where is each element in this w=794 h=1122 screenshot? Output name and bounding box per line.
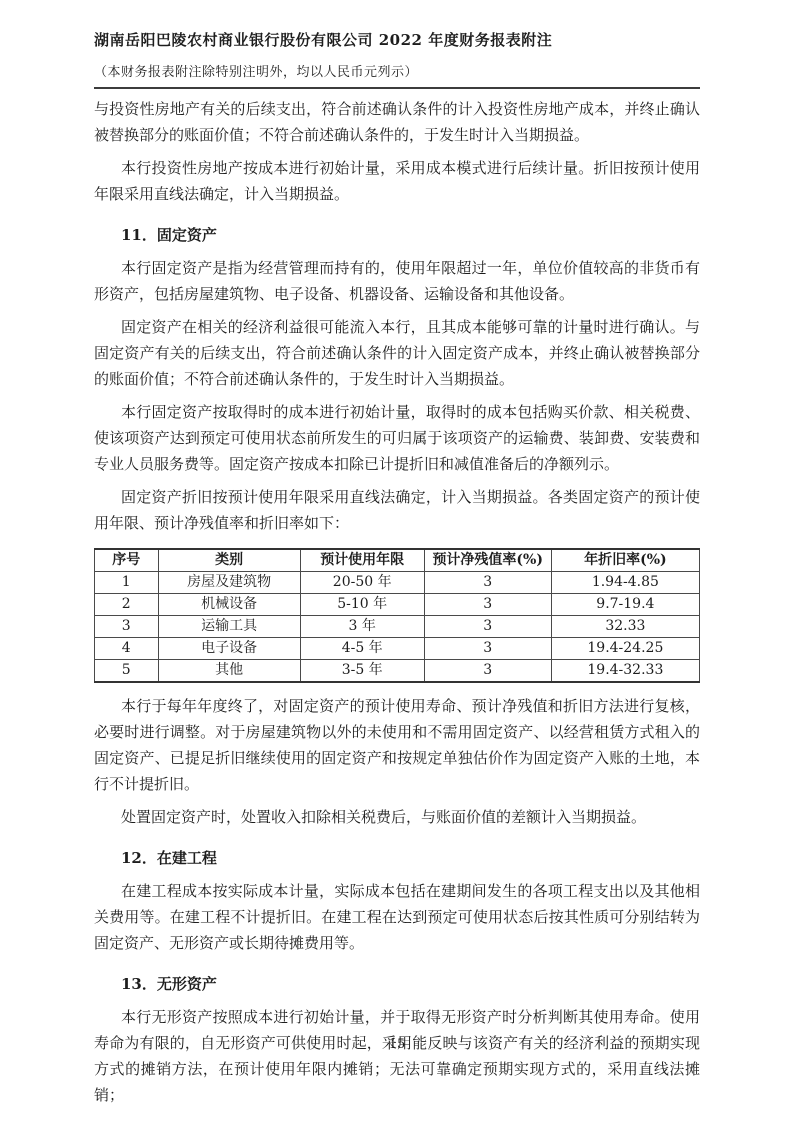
heading-intangible-assets: 13．无形资产 (94, 971, 700, 997)
cell-depreciation-rate: 19.4-24.25 (551, 638, 699, 660)
table-header-depreciation-rate: 年折旧率(%) (551, 549, 699, 572)
table-row: 1 房屋及建筑物 20-50 年 3 1.94-4.85 (95, 572, 700, 594)
cell-useful-life: 3-5 年 (300, 660, 424, 683)
cell-residual-rate: 3 (424, 594, 551, 616)
header-divider (94, 87, 700, 89)
table-header-category: 类别 (158, 549, 300, 572)
cell-seq: 5 (95, 660, 159, 683)
table-header-residual-rate: 预计净残值率(%) (424, 549, 551, 572)
cell-useful-life: 4-5 年 (300, 638, 424, 660)
cell-category: 机械设备 (158, 594, 300, 616)
document-page: 湖南岳阳巴陵农村商业银行股份有限公司 2022 年度财务报表附注 （本财务报表附… (0, 0, 794, 1122)
cell-category: 电子设备 (158, 638, 300, 660)
cell-residual-rate: 3 (424, 660, 551, 683)
document-subtitle: （本财务报表附注除特别注明外，均以人民币元列示） (94, 64, 700, 82)
heading-fixed-assets: 11．固定资产 (94, 222, 700, 248)
paragraph-intangible-assets: 本行无形资产按照成本进行初始计量，并于取得无形资产时分析判断其使用寿命。使用寿命… (94, 1004, 700, 1108)
paragraph-fixed-assets-depreciation-intro: 固定资产折旧按预计使用年限采用直线法确定，计入当期损益。各类固定资产的预计使用年… (94, 484, 700, 536)
paragraph-investment-property-continued: 与投资性房地产有关的后续支出，符合前述确认条件的计入投资性房地产成本，并终止确认… (94, 96, 700, 148)
paragraph-fixed-assets-definition: 本行固定资产是指为经营管理而持有的，使用年限超过一年，单位价值较高的非货币有形资… (94, 255, 700, 307)
cell-useful-life: 20-50 年 (300, 572, 424, 594)
table-header-row: 序号 类别 预计使用年限 预计净残值率(%) 年折旧率(%) (95, 549, 700, 572)
paragraph-fixed-assets-annual-review: 本行于每年年度终了，对固定资产的预计使用寿命、预计净残值和折旧方法进行复核，必要… (94, 693, 700, 797)
cell-seq: 3 (95, 616, 159, 638)
heading-construction-in-progress: 12．在建工程 (94, 845, 700, 871)
table-row: 2 机械设备 5-10 年 3 9.7-19.4 (95, 594, 700, 616)
table-row: 3 运输工具 3 年 3 32.33 (95, 616, 700, 638)
fixed-assets-depreciation-table: 序号 类别 预计使用年限 预计净残值率(%) 年折旧率(%) 1 房屋及建筑物 … (94, 548, 700, 683)
cell-residual-rate: 3 (424, 616, 551, 638)
table-row: 4 电子设备 4-5 年 3 19.4-24.25 (95, 638, 700, 660)
cell-depreciation-rate: 32.33 (551, 616, 699, 638)
paragraph-investment-property-measurement: 本行投资性房地产按成本进行初始计量，采用成本模式进行后续计量。折旧按预计使用年限… (94, 155, 700, 207)
cell-category: 房屋及建筑物 (158, 572, 300, 594)
cell-depreciation-rate: 19.4-32.33 (551, 660, 699, 683)
cell-seq: 2 (95, 594, 159, 616)
table-row: 5 其他 3-5 年 3 19.4-32.33 (95, 660, 700, 683)
paragraph-fixed-assets-recognition: 固定资产在相关的经济利益很可能流入本行，且其成本能够可靠的计量时进行确认。与固定… (94, 314, 700, 392)
page-number: 15 (0, 1037, 794, 1052)
cell-useful-life: 5-10 年 (300, 594, 424, 616)
cell-category: 运输工具 (158, 616, 300, 638)
paragraph-fixed-assets-disposal: 处置固定资产时，处置收入扣除相关税费后，与账面价值的差额计入当期损益。 (94, 804, 700, 830)
cell-residual-rate: 3 (424, 572, 551, 594)
cell-seq: 1 (95, 572, 159, 594)
paragraph-fixed-assets-initial-measurement: 本行固定资产按取得时的成本进行初始计量，取得时的成本包括购买价款、相关税费、使该… (94, 399, 700, 477)
document-title: 湖南岳阳巴陵农村商业银行股份有限公司 2022 年度财务报表附注 (94, 30, 700, 50)
cell-depreciation-rate: 9.7-19.4 (551, 594, 699, 616)
cell-residual-rate: 3 (424, 638, 551, 660)
table-header-useful-life: 预计使用年限 (300, 549, 424, 572)
cell-category: 其他 (158, 660, 300, 683)
cell-depreciation-rate: 1.94-4.85 (551, 572, 699, 594)
paragraph-construction-in-progress: 在建工程成本按实际成本计量，实际成本包括在建期间发生的各项工程支出以及其他相关费… (94, 878, 700, 956)
cell-useful-life: 3 年 (300, 616, 424, 638)
table-header-seq: 序号 (95, 549, 159, 572)
cell-seq: 4 (95, 638, 159, 660)
